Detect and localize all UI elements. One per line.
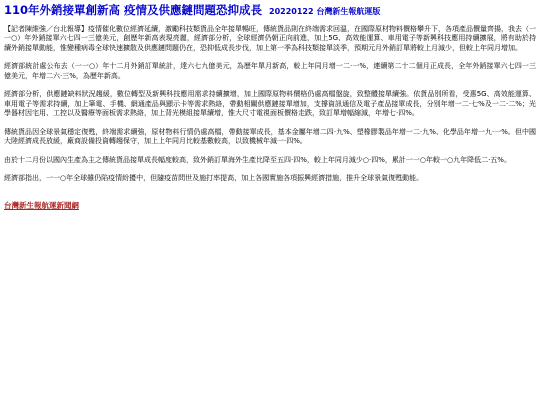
article-page: 110年外銷接單創新高 疫情及供應鏈問題恐抑成長 20220122 台灣新生報航… [0, 0, 540, 212]
article-paragraph-stats: 經濟部統計處公布去（一一○）年十二月外銷訂單統計，達六七九億美元，為歷年單月新高… [4, 62, 536, 81]
article-paragraph-overseas-production: 由於十二月份以國內生產為主之傳統貨品接單成長幅度較高，致外銷訂單海外生產比降至五… [4, 156, 536, 166]
article-paragraph-traditional-goods: 傳統貨品因全球景氣穩定復甦，終端需求續強，原材物料行情仍處高檔，帶動接單成長，基… [4, 128, 536, 147]
article-body: 【記者陳維強／台北報導】疫情催化數位經濟延續，激勵科技類貨品全年接單暢旺，傳統貨… [4, 25, 536, 184]
article-paragraph-outlook: 經濟部指出，一一○年全球雖仍陷疫情紛擾中，但隨疫苗問世及施打率提高，加上各國實施… [4, 174, 536, 184]
source-site-link[interactable]: 台灣新生報航運新聞網 [4, 200, 79, 211]
article-paragraph-lead: 【記者陳維強／台北報導】疫情催化數位經濟延續，激勵科技類貨品全年接單暢旺，傳統貨… [4, 25, 536, 54]
article-date-source: 20220122 台灣新生報航運版 [269, 7, 380, 16]
article-headline: 110年外銷接單創新高 疫情及供應鏈問題恐抑成長 20220122 台灣新生報航… [4, 4, 536, 18]
article-title: 110年外銷接單創新高 疫情及供應鏈問題恐抑成長 [4, 3, 262, 17]
article-paragraph-tech-goods: 經濟部分析，供應鏈缺料狀況趨緩，數位轉型及新興科技應用需求持續擴增，加上國際原物… [4, 90, 536, 119]
